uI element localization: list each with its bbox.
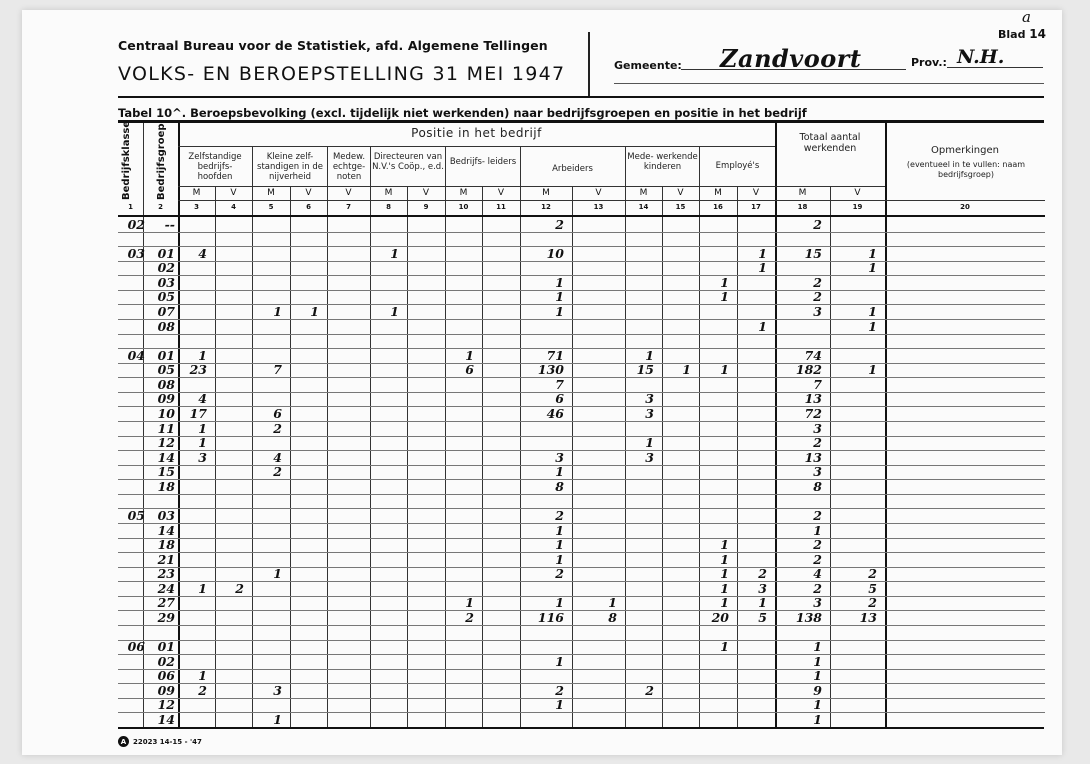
cell-c19: 2: [830, 596, 877, 610]
cell-c17: 1: [737, 596, 767, 610]
cell-c12: 1: [520, 655, 564, 669]
cell-groep: --: [143, 218, 175, 232]
cell-c16: 20: [699, 611, 729, 625]
cell-c14: 2: [625, 684, 654, 698]
column-number: 8: [370, 203, 407, 211]
row-divider: [118, 436, 1045, 437]
cell-c12: 1: [520, 553, 564, 567]
cell-c19: 1: [830, 320, 877, 334]
cell-c12: 46: [520, 407, 564, 421]
row-divider: [118, 232, 1045, 233]
column-divider: [662, 186, 663, 727]
sex-label-v: V: [327, 188, 370, 198]
cell-c3: 1: [178, 436, 207, 450]
cell-c18: 2: [775, 509, 822, 523]
column-number: 16: [699, 203, 737, 211]
row-divider: [118, 319, 1045, 320]
column-divider: [290, 186, 291, 727]
column-divider: [482, 186, 483, 727]
cell-c12: 71: [520, 349, 564, 363]
cell-groep: 24: [143, 582, 175, 596]
cell-c17: 5: [737, 611, 767, 625]
cell-c3: 17: [178, 407, 207, 421]
row-divider: [118, 246, 1045, 247]
column-divider: [572, 186, 573, 727]
cell-c19: 1: [830, 363, 877, 377]
cell-c16: 1: [699, 640, 729, 654]
cell-c12: 2: [520, 509, 564, 523]
province-value: N.H.: [957, 46, 1004, 68]
column-number: 1: [118, 203, 143, 211]
cell-klasse: 04: [112, 349, 145, 363]
header-positie: Positie in het bedrijf: [178, 128, 775, 138]
cell-c5: 2: [252, 422, 282, 436]
row-divider: [118, 392, 1045, 393]
cell-c18: 2: [775, 436, 822, 450]
sex-label-m: M: [178, 188, 215, 198]
row-divider: [118, 377, 1045, 378]
cell-c8: 1: [370, 247, 399, 261]
row-divider: [118, 290, 1045, 291]
cell-groep: 01: [143, 247, 175, 261]
cell-c5: 2: [252, 465, 282, 479]
cell-c14: 1: [625, 349, 654, 363]
cell-groep: 21: [143, 553, 175, 567]
cell-c12: 1: [520, 305, 564, 319]
cell-c18: 4: [775, 567, 822, 581]
cell-c19: 5: [830, 582, 877, 596]
cell-c18: 74: [775, 349, 822, 363]
column-number: 9: [407, 203, 445, 211]
sex-label-m: M: [520, 188, 572, 198]
cell-c19: 1: [830, 305, 877, 319]
cell-c16: 1: [699, 290, 729, 304]
cell-groep: 12: [143, 436, 175, 450]
cell-c18: 1: [775, 669, 822, 683]
cell-c12: 1: [520, 596, 564, 610]
cell-c18: 1: [775, 698, 822, 712]
sex-label-m: M: [699, 188, 737, 198]
cell-c17: 1: [737, 320, 767, 334]
header-blank-line: [614, 83, 1044, 84]
cell-c10: 1: [445, 596, 474, 610]
cell-c18: 2: [775, 582, 822, 596]
header-medewerkende-kinderen: Mede- werkende kinderen: [627, 152, 698, 172]
province-label: Prov.:: [911, 56, 947, 69]
cell-groep: 18: [143, 480, 175, 494]
cell-groep: 14: [143, 524, 175, 538]
print-code: 22023 14-15 - '47: [133, 738, 202, 746]
printer-logo-icon: A: [118, 736, 129, 747]
cell-c16: 1: [699, 582, 729, 596]
row-divider: [118, 669, 1045, 670]
cell-c3: 1: [178, 669, 207, 683]
cell-c18: 1: [775, 713, 822, 727]
header-kleine-zelfstandigen: Kleine zelf- standigen in de nijverheid: [254, 152, 326, 182]
row-divider: [118, 538, 1045, 539]
cell-groep: 07: [143, 305, 175, 319]
cell-c12: 2: [520, 684, 564, 698]
cell-c18: 3: [775, 596, 822, 610]
cell-c12: 130: [520, 363, 564, 377]
table-top-rule: [118, 120, 1044, 123]
cell-groep: 06: [143, 669, 175, 683]
cell-groep: 10: [143, 407, 175, 421]
row-divider: [118, 581, 1045, 582]
sex-label-m: M: [625, 188, 662, 198]
cell-groep: 27: [143, 596, 175, 610]
cell-c17: 1: [737, 247, 767, 261]
cell-c13: 8: [572, 611, 617, 625]
column-number: 10: [445, 203, 482, 211]
cell-c12: 2: [520, 567, 564, 581]
sex-label-v: V: [215, 188, 252, 198]
cell-c13: 1: [572, 596, 617, 610]
row-divider: [118, 625, 1045, 626]
column-number: 4: [215, 203, 252, 211]
sex-label-v: V: [662, 188, 699, 198]
cell-c18: 8: [775, 480, 822, 494]
cell-c19: 1: [830, 261, 877, 275]
cell-groep: 14: [143, 713, 175, 727]
cell-c10: 2: [445, 611, 474, 625]
cell-c8: 1: [370, 305, 399, 319]
cell-groep: 05: [143, 290, 175, 304]
row-divider: [118, 216, 1045, 217]
cell-c16: 1: [699, 538, 729, 552]
table-bottom-rule: [118, 727, 1044, 729]
cell-c3: 4: [178, 247, 207, 261]
cell-c18: 2: [775, 553, 822, 567]
cell-c16: 1: [699, 276, 729, 290]
cell-c12: 7: [520, 378, 564, 392]
header-medewerkende-echtgenoten: Medew. echtge- noten: [328, 152, 370, 182]
column-number: 13: [572, 203, 625, 211]
gemeente-label: Gemeente:: [614, 59, 682, 72]
cell-c3: 23: [178, 363, 207, 377]
row-divider: [118, 654, 1045, 655]
cell-c12: 3: [520, 451, 564, 465]
cell-c18: 2: [775, 538, 822, 552]
cell-c18: 7: [775, 378, 822, 392]
cell-c3: 4: [178, 392, 207, 406]
cell-c12: 1: [520, 538, 564, 552]
sex-label-v: V: [482, 188, 520, 198]
cell-c5: 3: [252, 684, 282, 698]
sex-label-v: V: [572, 188, 625, 198]
cell-groep: 05: [143, 363, 175, 377]
document-title: VOLKS- EN BEROEPSTELLING 31 MEI 1947: [118, 63, 565, 85]
column-number: 18: [775, 203, 830, 211]
cell-c18: 9: [775, 684, 822, 698]
cell-c5: 4: [252, 451, 282, 465]
cell-c5: 1: [252, 713, 282, 727]
sex-label-m: M: [775, 188, 830, 198]
table-title: Tabel 10^. Beroepsbevolking (excl. tijde…: [118, 106, 807, 120]
sex-label-v: V: [737, 188, 775, 198]
cell-groep: 12: [143, 698, 175, 712]
cell-c12: 1: [520, 276, 564, 290]
cell-groep: 15: [143, 465, 175, 479]
cell-c14: 15: [625, 363, 654, 377]
column-number: 19: [830, 203, 885, 211]
column-divider: [407, 186, 408, 727]
column-divider: [215, 186, 216, 727]
cell-groep: 09: [143, 684, 175, 698]
header-arbeiders: Arbeiders: [520, 164, 625, 174]
cell-c16: 1: [699, 596, 729, 610]
sheet-label: Blad: [998, 28, 1025, 41]
header-zelfstandige: Zelfstandige bedrijfs- hoofden: [180, 152, 250, 182]
header-opmerkingen: Opmerkingen: [887, 146, 1043, 156]
row-divider: [118, 348, 1045, 349]
cell-groep: 03: [143, 276, 175, 290]
cell-c19: 2: [830, 567, 877, 581]
cell-c18: 3: [775, 465, 822, 479]
cell-groep: 11: [143, 422, 175, 436]
row-divider: [118, 261, 1045, 262]
cell-c18: 13: [775, 451, 822, 465]
cell-c14: 3: [625, 407, 654, 421]
organization-name: Centraal Bureau voor de Statistiek, afd.…: [118, 38, 548, 53]
cell-c12: 1: [520, 290, 564, 304]
row-divider: [178, 146, 775, 147]
cell-c12: 1: [520, 524, 564, 538]
cell-c12: 2: [520, 218, 564, 232]
column-number: 3: [178, 203, 215, 211]
header-bedrijfsleiders: Bedrijfs- leiders: [446, 157, 520, 167]
column-divider: [885, 123, 887, 727]
cell-c18: 1: [775, 655, 822, 669]
cell-c12: 1: [520, 698, 564, 712]
cell-c18: 2: [775, 218, 822, 232]
column-number: 6: [290, 203, 327, 211]
cell-c17: 3: [737, 582, 767, 596]
cell-c10: 1: [445, 349, 474, 363]
cell-c5: 7: [252, 363, 282, 377]
cell-klasse: 03: [112, 247, 145, 261]
cell-c14: 1: [625, 436, 654, 450]
cell-c3: 1: [178, 349, 207, 363]
row-divider: [118, 494, 1045, 495]
cell-klasse: 02: [112, 218, 145, 232]
cell-c3: 1: [178, 582, 207, 596]
sheet-number: Blad 14: [998, 27, 1046, 41]
cell-groep: 08: [143, 378, 175, 392]
cell-c18: 182: [775, 363, 822, 377]
cell-c18: 1: [775, 524, 822, 538]
cell-c19: 1: [830, 247, 877, 261]
cell-c19: 13: [830, 611, 877, 625]
column-number: 7: [327, 203, 370, 211]
row-divider: [118, 275, 1045, 276]
sex-label-v: V: [830, 188, 885, 198]
cell-klasse: 06: [112, 640, 145, 654]
row-divider: [885, 200, 1045, 201]
header-totaal: Totaal aantal werkenden: [790, 132, 870, 154]
cell-c12: 10: [520, 247, 564, 261]
cell-groep: 09: [143, 392, 175, 406]
cell-groep: 02: [143, 261, 175, 275]
header-bedrijfsklasse: Bedrijfsklasse: [121, 121, 132, 200]
header-opmerkingen-note: (eventueel in te vullen: naam bedrijfsgr…: [893, 160, 1039, 180]
cell-c16: 1: [699, 567, 729, 581]
cell-c14: 3: [625, 451, 654, 465]
cell-c3: 3: [178, 451, 207, 465]
sex-label-v: V: [407, 188, 445, 198]
row-divider: [118, 698, 1045, 699]
sex-label-v: V: [290, 188, 327, 198]
cell-c12: 6: [520, 392, 564, 406]
cell-c18: 3: [775, 422, 822, 436]
cell-c18: 1: [775, 640, 822, 654]
cell-c5: 1: [252, 567, 282, 581]
cell-c18: 138: [775, 611, 822, 625]
cell-c18: 13: [775, 392, 822, 406]
cell-c17: 2: [737, 567, 767, 581]
column-number: 12: [520, 203, 572, 211]
cell-c12: 1: [520, 465, 564, 479]
header-rule: [118, 96, 1044, 98]
print-footer: A 22023 14-15 - '47: [118, 736, 202, 747]
sheet-number-value: 14: [1029, 27, 1046, 41]
row-divider: [118, 523, 1045, 524]
column-number: 14: [625, 203, 662, 211]
cell-groep: 01: [143, 349, 175, 363]
cell-groep: 14: [143, 451, 175, 465]
gemeente-value: Zandvoort: [720, 44, 862, 73]
cell-klasse: 05: [112, 509, 145, 523]
cell-c18: 2: [775, 290, 822, 304]
cell-c10: 6: [445, 363, 474, 377]
header-divider: [588, 32, 590, 97]
sex-label-m: M: [252, 188, 290, 198]
cell-groep: 29: [143, 611, 175, 625]
sheet-annotation: a: [1022, 8, 1031, 26]
cell-c4: 2: [215, 582, 244, 596]
header-bedrijfsgroep: Bedrijfsgroep: [156, 123, 167, 200]
column-number: 11: [482, 203, 520, 211]
cell-groep: 18: [143, 538, 175, 552]
column-number: 20: [885, 203, 1045, 211]
header-directeuren: Directeuren van N.V.'s Coöp., e.d.: [372, 152, 444, 172]
cell-groep: 02: [143, 655, 175, 669]
cell-c3: 1: [178, 422, 207, 436]
cell-c17: 1: [737, 261, 767, 275]
cell-c18: 72: [775, 407, 822, 421]
row-divider: [118, 640, 1045, 641]
sex-label-m: M: [445, 188, 482, 198]
cell-c18: 15: [775, 247, 822, 261]
cell-c12: 116: [520, 611, 564, 625]
header-employes: Employé's: [700, 161, 775, 171]
cell-groep: 23: [143, 567, 175, 581]
cell-groep: 01: [143, 640, 175, 654]
sex-label-m: M: [370, 188, 407, 198]
row-divider: [178, 186, 885, 187]
cell-c5: 6: [252, 407, 282, 421]
cell-c14: 3: [625, 392, 654, 406]
cell-c12: 8: [520, 480, 564, 494]
row-divider: [118, 508, 1045, 509]
cell-c16: 1: [699, 553, 729, 567]
cell-c18: 3: [775, 305, 822, 319]
row-divider: [118, 334, 1045, 335]
cell-groep: 03: [143, 509, 175, 523]
column-number: 2: [143, 203, 178, 211]
cell-groep: 08: [143, 320, 175, 334]
column-number: 15: [662, 203, 699, 211]
cell-c5: 1: [252, 305, 282, 319]
row-divider: [178, 200, 885, 201]
cell-c16: 1: [699, 363, 729, 377]
row-divider: [118, 479, 1045, 480]
column-number: 5: [252, 203, 290, 211]
cell-c6: 1: [290, 305, 319, 319]
cell-c3: 2: [178, 684, 207, 698]
cell-c15: 1: [662, 363, 691, 377]
row-divider: [118, 552, 1045, 553]
column-number: 17: [737, 203, 775, 211]
cell-c18: 2: [775, 276, 822, 290]
